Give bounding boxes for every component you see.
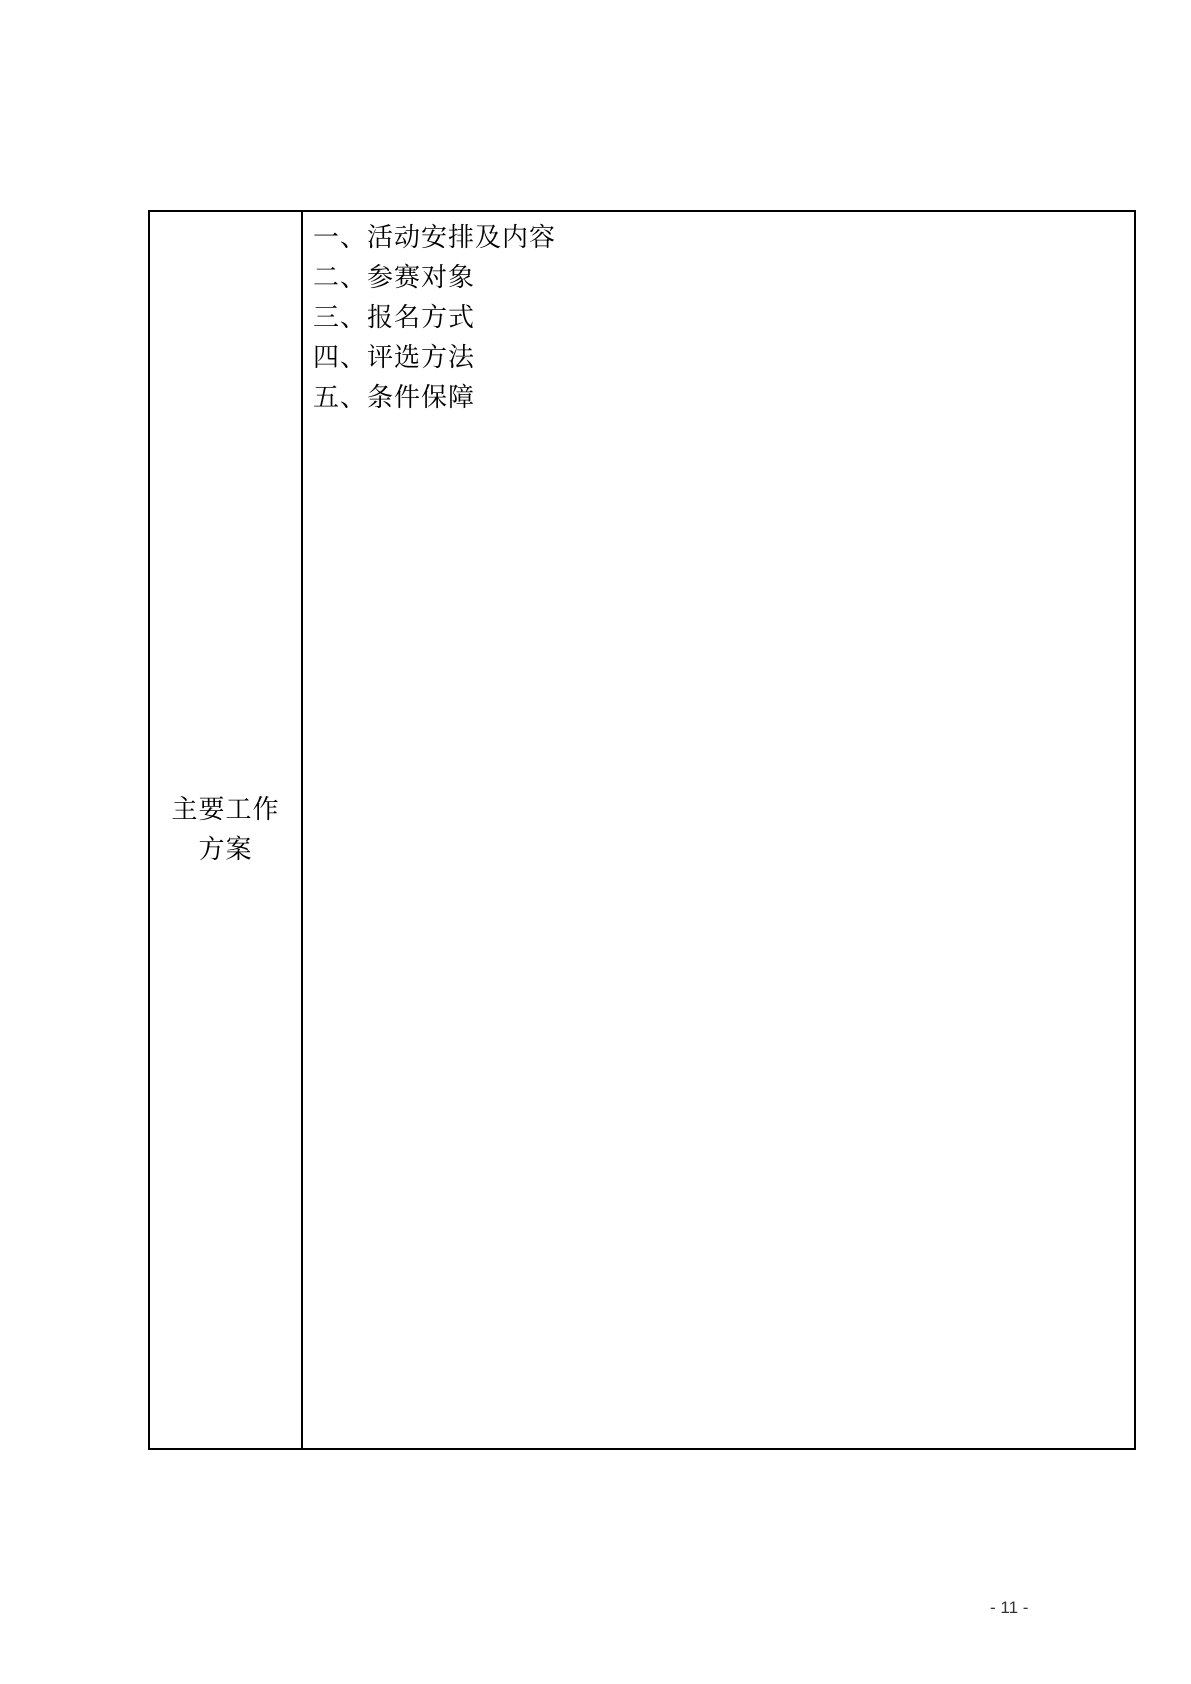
outline-item-participants: 二、参赛对象 bbox=[313, 258, 1134, 298]
row-label-line-2: 方案 bbox=[166, 830, 286, 870]
work-plan-table: 主要工作 方案 一、活动安排及内容 二、参赛对象 三、报名方式 四、评选方法 五… bbox=[148, 210, 1136, 1450]
outline-item-support: 五、条件保障 bbox=[313, 378, 1134, 418]
outline-item-activity: 一、活动安排及内容 bbox=[313, 218, 1134, 258]
content-cell[interactable]: 一、活动安排及内容 二、参赛对象 三、报名方式 四、评选方法 五、条件保障 bbox=[303, 212, 1134, 1448]
page-number: - 11 - bbox=[990, 1598, 1028, 1618]
outline-item-registration: 三、报名方式 bbox=[313, 298, 1134, 338]
outline-item-evaluation: 四、评选方法 bbox=[313, 338, 1134, 378]
row-label-line-1: 主要工作 bbox=[166, 790, 286, 830]
row-label-cell: 主要工作 方案 bbox=[150, 212, 303, 1448]
